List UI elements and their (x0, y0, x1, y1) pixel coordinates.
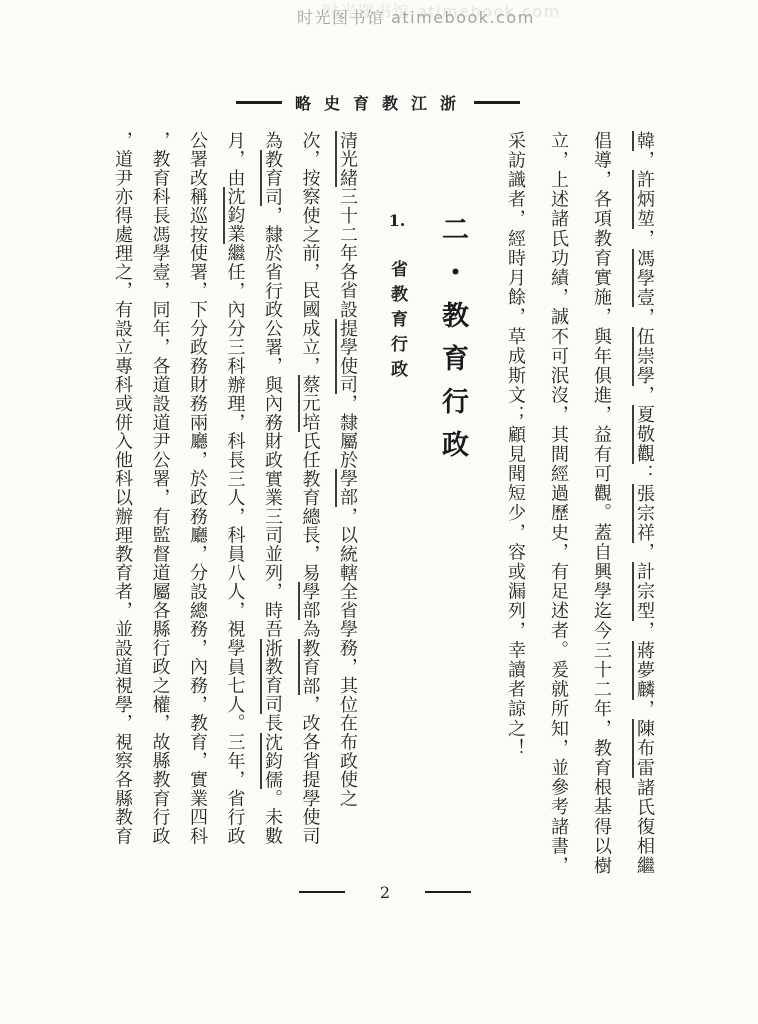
page-number: 2 (380, 883, 390, 902)
text-run: ，隸屬於 (337, 394, 358, 469)
proper-name: 沈鈞儒 (260, 733, 283, 789)
proper-name: 學部 (335, 469, 358, 507)
text-column: 韓，許炳堃，馮學壹，伍崇學，夏敬觀：張宗祥，計宗型，蔣夢麟，陳布雷諸氏復相繼 (623, 131, 666, 885)
text-run: ， (634, 386, 655, 406)
text-column: 立，上述諸氏功績，誠不可泯沒，其間經過歷史，有足述者。爰就所知，並參考諸書， (537, 131, 580, 885)
proper-name: 學部 (298, 582, 321, 620)
proper-name: 伍崇學 (632, 327, 655, 386)
text-column: 清光緒三十二年各省設提學使司，隸屬於學部，以統轄全省學務，其位在布政使之 (329, 131, 367, 885)
text-column: 倡導，各項教育實施，與年俱進，益有可觀。蓋自興學迄今三十二年，教育根基得以樹 (580, 131, 623, 885)
text-run: ， (634, 543, 655, 563)
page-header: 略史育教江浙 (236, 92, 526, 112)
proper-name: 韓 (632, 131, 655, 151)
text-run: 為 (262, 131, 283, 150)
proper-name: 教育司 (260, 150, 283, 206)
proper-name: 教育部 (298, 639, 321, 695)
proper-name: 陳布雷 (632, 719, 655, 778)
text-run: ， (634, 700, 655, 720)
text-run: 長 (262, 714, 283, 733)
text-column: 采訪識者，經時月餘，草成斯文；顧見聞短少，容或漏列，幸讀者諒之！ (494, 131, 537, 885)
text-run: 立，上述諸氏功績，誠不可泯沒，其間經過歷史，有足述者。爰就所知，並參考諸書， (548, 131, 569, 876)
proper-name: 計宗型 (632, 562, 655, 621)
text-run: ， (634, 229, 655, 249)
subsection-title: 省教育行政 (387, 260, 407, 385)
footer-rule-left (299, 891, 345, 894)
text-run: ，道尹亦得處理之，有設立專科或併入他科以辦理教育者，並設道視學，視察各縣教育 (112, 131, 133, 845)
text-run: 氏任教育總長，易 (300, 432, 321, 582)
proper-name: 夏敬觀 (632, 405, 655, 464)
text-run: 公署改稱巡按使署，下分政務財務兩廳，於政務廳，分設總務，內務，教育，實業四科 (187, 131, 208, 845)
proper-name: 馮學壹 (632, 249, 655, 308)
watermark-text: 时光图书馆 atimebook.com (297, 5, 535, 28)
text-run: 繼任，內分三科辦理，科長三人，科員八人，視學員七人。三年，省行政 (225, 244, 246, 846)
text-run: 諸氏復相繼 (634, 778, 655, 876)
proper-name: 教育司 (260, 657, 283, 713)
vertical-text-block: 韓，許炳堃，馮學壹，伍崇學，夏敬觀：張宗祥，計宗型，蔣夢麟，陳布雷諸氏復相繼倡導… (100, 131, 666, 885)
text-column: ，道尹亦得處理之，有設立專科或併入他科以辦理教育者，並設道視學，視察各縣教育 (104, 131, 142, 885)
text-run: 倡導，各項教育實施，與年俱進，益有可觀。蓋自興學迄今三十二年，教育根基得以樹 (591, 131, 612, 876)
text-run: 三十二年各省設 (337, 187, 358, 319)
proper-name: 許炳堃 (632, 170, 655, 229)
text-column: 公署改稱巡按使署，下分政務財務兩廳，於政務廳，分設總務，內務，教育，實業四科 (179, 131, 217, 885)
page-footer: 2 (299, 884, 471, 900)
text-run: 月，由 (225, 131, 246, 187)
proper-name: 張宗祥 (632, 484, 655, 543)
text-run: ， (634, 151, 655, 171)
text-run: ， (634, 621, 655, 641)
text-run: 。未數 (262, 789, 283, 845)
text-run: ，隸於省行政公署，與內務財政實業三司並列，時吾 (262, 206, 283, 638)
proper-name: 清光緒 (335, 131, 358, 187)
subsection-gap (397, 234, 398, 260)
text-run: ， (634, 307, 655, 327)
text-run: ，以統轄全省學務，其位在布政使之 (337, 507, 358, 808)
proper-name: 蔣夢麟 (632, 641, 655, 700)
proper-name: 蔡元培 (298, 375, 321, 431)
text-column: 次，按察使之前，民國成立，蔡元培氏任教育總長，易學部為教育部，改各省提學使司 (291, 131, 329, 885)
proper-name: 浙 (260, 639, 283, 658)
text-run: 次，按察使之前，民國成立， (300, 131, 321, 375)
subsection: 1.省教育行政 (384, 131, 410, 885)
text-column: 月，由沈鈞業繼任，內分三科辦理，科長三人，科員八人，視學員七人。三年，省行政 (216, 131, 254, 885)
text-run: ，改各省提學使司 (300, 695, 321, 845)
header-rule-left (236, 101, 282, 104)
proper-name: 沈鈞業 (223, 187, 246, 243)
scanned-book-page: 时光图书馆 atimebook.com 略史育教江浙 韓，許炳堃，馮學壹，伍崇學… (0, 0, 758, 1024)
subsection-number: 1. (389, 208, 406, 234)
page-header-title: 略史育教江浙 (295, 91, 469, 114)
text-run: 采訪識者，經時月餘，草成斯文；顧見聞短少，容或漏列，幸讀者諒之！ (505, 131, 526, 758)
text-run: ： (634, 464, 655, 484)
header-rule-right (474, 101, 520, 104)
section-heading: 二・教育行政 (436, 131, 468, 885)
text-column: ，教育科長馮學壹，同年，各道設道尹公署，有監督道屬各縣行政之權，故縣教育行政 (141, 131, 179, 885)
proper-name: 提學使司 (335, 319, 358, 394)
section-heading-text: 二・教育行政 (437, 215, 468, 473)
text-column: 為教育司，隸於省行政公署，與內務財政實業三司並列，時吾浙教育司長沈鈞儒。未數 (254, 131, 292, 885)
footer-rule-right (425, 891, 471, 894)
text-run: 為 (300, 620, 321, 639)
text-run: ，教育科長馮學壹，同年，各道設道尹公署，有監督道屬各縣行政之權，故縣教育行政 (150, 131, 171, 845)
